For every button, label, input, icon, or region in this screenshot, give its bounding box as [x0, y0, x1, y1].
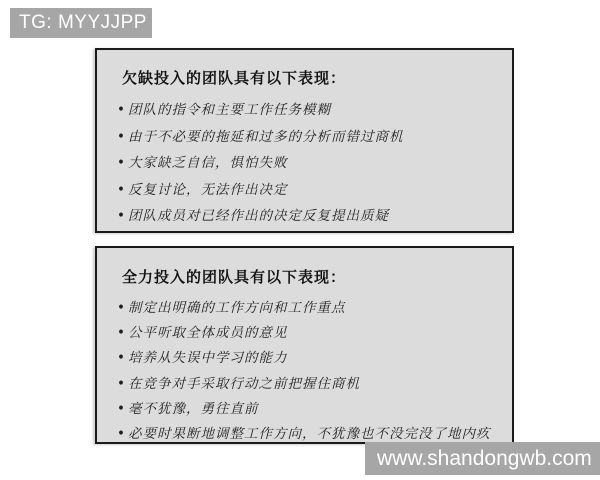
- bullet-item: 在竞争对手采取行动之前把握住商机: [117, 372, 498, 397]
- panel-uncommitted-team-list: 团队的指令和主要工作任务模糊 由于不必要的拖延和过多的分析而错过商机 大家缺乏自…: [97, 88, 512, 230]
- panel-committed-team-list: 制定出明确的工作方向和工作重点 公平听取全体成员的意见 培养从失误中学习的能力 …: [97, 287, 512, 447]
- bullet-item: 由于不必要的拖延和过多的分析而错过商机: [117, 124, 498, 151]
- bullet-item: 毫不犹豫，勇往直前: [117, 397, 498, 422]
- bullet-item: 培养从失误中学习的能力: [117, 346, 498, 371]
- slide-background: TG: MYYJJPP 欠缺投入的团队具有以下表现： 团队的指令和主要工作任务模…: [0, 0, 600, 480]
- panel-uncommitted-team: 欠缺投入的团队具有以下表现： 团队的指令和主要工作任务模糊 由于不必要的拖延和过…: [95, 48, 514, 233]
- bullet-item: 团队的指令和主要工作任务模糊: [117, 97, 498, 124]
- watermark-tg-badge: TG: MYYJJPP: [10, 8, 152, 38]
- bullet-item: 大家缺乏自信，惧怕失败: [117, 150, 498, 177]
- bullet-item: 团队成员对已经作出的决定反复提出质疑: [117, 203, 498, 230]
- bullet-item: 制定出明确的工作方向和工作重点: [117, 296, 498, 321]
- bullet-item: 公平听取全体成员的意见: [117, 321, 498, 346]
- watermark-site-text: www.shandongwb.com: [377, 447, 592, 471]
- bullet-item: 反复讨论，无法作出决定: [117, 177, 498, 204]
- panel-committed-team: 全力投入的团队具有以下表现： 制定出明确的工作方向和工作重点 公平听取全体成员的…: [95, 246, 514, 444]
- watermark-tg-text: TG: MYYJJPP: [19, 12, 147, 34]
- watermark-site-badge: www.shandongwb.com: [365, 442, 600, 475]
- panel-uncommitted-team-title: 欠缺投入的团队具有以下表现：: [97, 50, 512, 88]
- panel-committed-team-title: 全力投入的团队具有以下表现：: [97, 248, 512, 287]
